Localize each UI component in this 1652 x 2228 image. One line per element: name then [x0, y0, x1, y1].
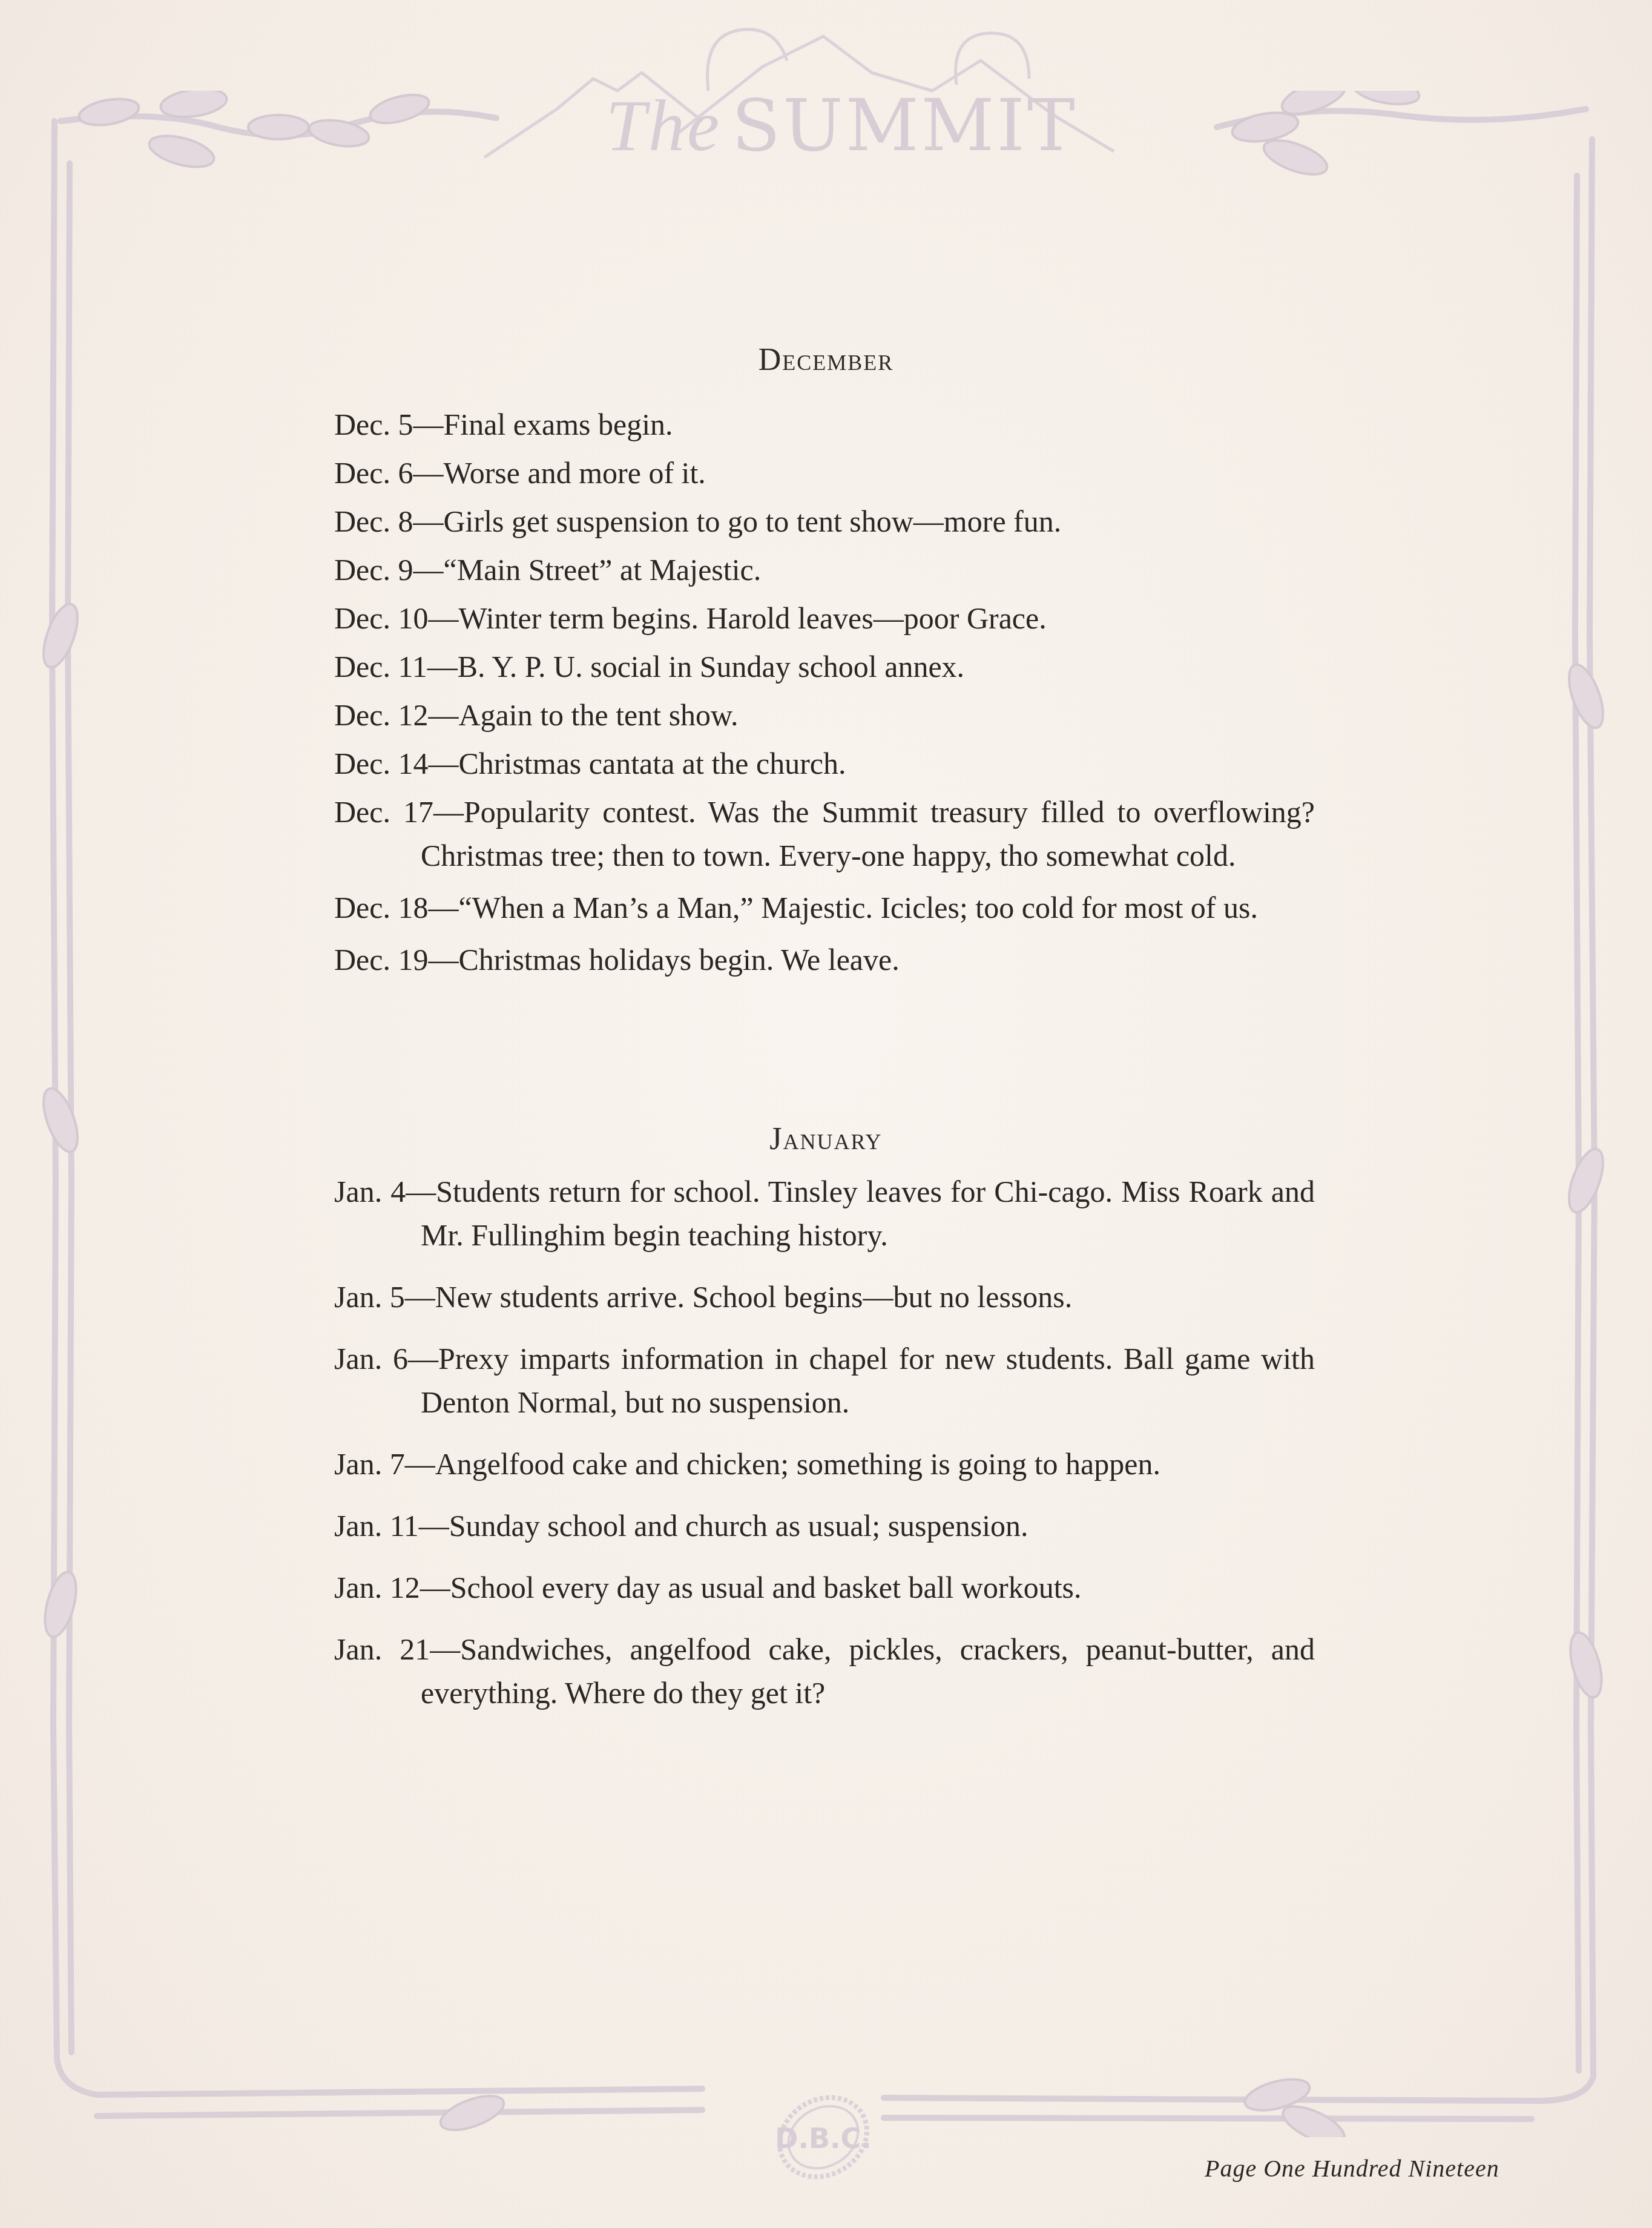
entry-date: Dec. 6 [334, 456, 413, 490]
entry-text: Students return for school. Tinsley leav… [421, 1175, 1315, 1252]
entry-date: Jan. 21 [334, 1632, 430, 1666]
entry-text: Angelfood cake and chicken; something is… [435, 1447, 1160, 1481]
entry-text: Popularity contest. Was the Summit treas… [421, 795, 1315, 872]
masthead-title: TheSUMMIT [539, 84, 1144, 168]
entry-date: Jan. 12 [334, 1570, 420, 1604]
entry: Dec. 6—Worse and more of it. [334, 451, 1315, 495]
entry-text: Worse and more of it. [444, 456, 706, 490]
entry: Dec. 14—Christmas cantata at the church. [334, 742, 1315, 785]
entry-text: Christmas cantata at the church. [459, 747, 846, 780]
entry-date: Jan. 11 [334, 1509, 419, 1543]
entry-text: Christmas holidays begin. We leave. [459, 943, 900, 977]
entry-date: Dec. 19 [334, 943, 429, 977]
entry-date: Dec. 8 [334, 504, 413, 538]
entry-date: Dec. 5 [334, 407, 413, 441]
vine-border-icon [36, 91, 1610, 2137]
entry: Dec. 8—Girls get suspension to go to ten… [334, 499, 1315, 543]
entry-text: Again to the tent show. [459, 698, 739, 732]
section-heading-december: December [0, 342, 1652, 378]
entry-date: Jan. 5 [334, 1280, 405, 1314]
entry-text: Sunday school and church as usual; suspe… [449, 1509, 1028, 1543]
section-heading-january: January [0, 1121, 1652, 1157]
entry-text: Prexy imparts information in chapel for … [421, 1342, 1315, 1419]
entry: Jan. 6—Prexy imparts information in chap… [334, 1337, 1315, 1424]
entry: Dec. 10—Winter term begins. Harold leave… [334, 596, 1315, 640]
entry-date: Dec. 9 [334, 553, 413, 587]
entry-text: Girls get suspension to go to tent show—… [444, 504, 1062, 538]
entry-date: Dec. 10 [334, 601, 429, 635]
entry: Dec. 12—Again to the tent show. [334, 693, 1315, 737]
masthead-title-prefix: The [605, 85, 722, 166]
masthead-title-main: SUMMIT [731, 84, 1077, 167]
dbc-monogram-icon: D.B.C. [769, 2083, 878, 2192]
entry-date: Dec. 11 [334, 650, 427, 684]
entry: Jan. 5—New students arrive. School begin… [334, 1275, 1315, 1319]
entry: Dec. 11—B. Y. P. U. social in Sunday sch… [334, 645, 1315, 688]
entry-date: Dec. 17 [334, 795, 433, 829]
dbc-emblem: D.B.C. [769, 2083, 878, 2192]
entry: Dec. 5—Final exams begin. [334, 403, 1315, 446]
january-entries: Jan. 4—Students return for school. Tinsl… [334, 1170, 1315, 1733]
entry-date: Jan. 7 [334, 1447, 405, 1481]
entry-text: Winter term begins. Harold leaves—poor G… [459, 601, 1047, 635]
entry: Dec. 9—“Main Street” at Majestic. [334, 548, 1315, 592]
entry-date: Jan. 4 [334, 1175, 406, 1208]
entry: Jan. 7—Angelfood cake and chicken; somet… [334, 1442, 1315, 1486]
entry-text: B. Y. P. U. social in Sunday school anne… [458, 650, 964, 684]
entry-text: “Main Street” at Majestic. [444, 553, 762, 587]
entry: Jan. 4—Students return for school. Tinsl… [334, 1170, 1315, 1257]
entry-date: Jan. 6 [334, 1342, 408, 1376]
page-number: Page One Hundred Nineteen [1205, 2154, 1499, 2183]
entry-date: Dec. 12 [334, 698, 429, 732]
entry: Jan. 21—Sandwiches, angelfood cake, pick… [334, 1627, 1315, 1715]
entry-text: New students arrive. School begins—but n… [435, 1280, 1073, 1314]
entry: Dec. 17—Popularity contest. Was the Summ… [334, 790, 1315, 877]
entry: Jan. 12—School every day as usual and ba… [334, 1566, 1315, 1609]
entry-text: “When a Man’s a Man,” Majestic. Icicles;… [459, 891, 1258, 924]
entry-date: Dec. 18 [334, 891, 429, 924]
december-entries: Dec. 5—Final exams begin. Dec. 6—Worse a… [334, 403, 1315, 986]
entry-date: Dec. 14 [334, 747, 429, 780]
masthead: TheSUMMIT [448, 12, 1235, 176]
entry-text: Sandwiches, angelfood cake, pickles, cra… [421, 1632, 1315, 1710]
entry: Jan. 11—Sunday school and church as usua… [334, 1504, 1315, 1547]
entry-text: Final exams begin. [444, 407, 673, 441]
entry-text: School every day as usual and basket bal… [450, 1570, 1082, 1604]
entry: Dec. 18—“When a Man’s a Man,” Majestic. … [334, 886, 1315, 929]
dbc-logo-text: D.B.C. [775, 2122, 871, 2155]
entry: Dec. 19—Christmas holidays begin. We lea… [334, 938, 1315, 981]
decorative-border [36, 91, 1610, 2137]
